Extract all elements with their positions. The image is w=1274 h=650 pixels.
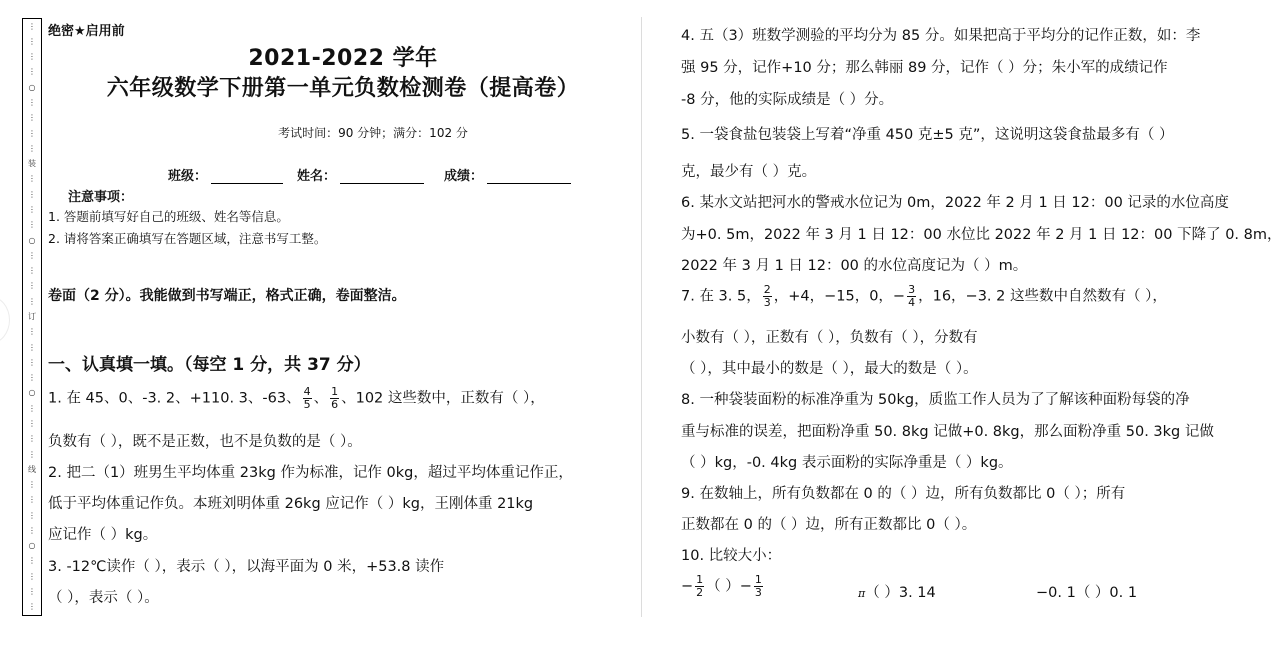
title-year: 2021-2022 学年: [48, 41, 638, 72]
dotted-line-icon: ⋮: [28, 252, 36, 260]
dotted-line-icon: ⋮: [28, 23, 36, 31]
note-item: 2. 请将答案正确填写在答题区域，注意书写工整。: [48, 229, 326, 247]
class-field[interactable]: [211, 168, 283, 184]
question-3-line1: 3. -12℃读作（ ），表示（ ），以海平面为 0 米，+53.8 读作: [48, 555, 444, 576]
dotted-line-icon: ⋮: [28, 481, 36, 489]
question-10-compare-b: π（ ）3. 14: [858, 581, 936, 602]
dotted-line-icon: ⋮: [28, 496, 36, 504]
dotted-line-icon: ⋮: [28, 282, 36, 290]
fraction: 34: [907, 284, 916, 309]
dotted-line-icon: ⋮: [28, 298, 36, 306]
name-field[interactable]: [340, 168, 424, 184]
question-8-line2: 重与标准的误差，把面粉净重 50. 8kg 记做+0. 8kg，那么面粉净重 5…: [681, 420, 1214, 441]
dotted-line-icon: ⋮: [28, 191, 36, 199]
dotted-line-icon: ⋮: [28, 38, 36, 46]
dotted-line-icon: ⋮: [28, 328, 36, 336]
question-4-line1: 4. 五（3）班数学测验的平均分为 85 分。如果把高于平均分的记作正数，如：李: [681, 24, 1200, 45]
question-6-line2: 为+0. 5m，2022 年 3 月 1 日 12：00 水位比 2022 年 …: [681, 223, 1274, 244]
binding-hole-icon: ○: [29, 237, 36, 245]
question-2-line3: 应记作（ ）kg。: [48, 523, 157, 544]
question-5-line1: 5. 一袋食盐包装袋上写着“净重 450 克±5 克”，这说明这袋食盐最多有（ …: [681, 123, 1173, 144]
dotted-line-icon: ⋮: [28, 451, 36, 459]
name-label: 姓名：: [297, 165, 336, 184]
secret-label: 绝密★启用前: [48, 20, 125, 39]
page-divider: [641, 17, 642, 617]
notes-title: 注意事项：: [68, 186, 133, 205]
binding-hole-icon: ○: [29, 389, 36, 397]
binding-char: 装: [28, 160, 36, 168]
dotted-line-icon: ⋮: [28, 435, 36, 443]
question-9-line1: 9. 在数轴上，所有负数都在 0 的（ ）边，所有负数都比 0（ ）；所有: [681, 482, 1125, 503]
dotted-line-icon: ⋮: [28, 99, 36, 107]
dotted-line-icon: ⋮: [28, 405, 36, 413]
neatness-statement: 卷面（2 分）。我能做到书写端正，格式正确，卷面整洁。: [48, 285, 406, 305]
dotted-line-icon: ⋮: [28, 557, 36, 565]
dotted-line-icon: ⋮: [28, 420, 36, 428]
question-5-line2: 克，最少有（ ）克。: [681, 160, 816, 181]
question-4-line2: 强 95 分，记作+10 分；那么韩丽 89 分，记作（ ）分；朱小军的成绩记作: [681, 56, 1168, 77]
question-8-line1: 8. 一种袋装面粉的标准净重为 50kg，质监工作人员为了了解该种面粉每袋的净: [681, 388, 1190, 409]
question-1: 1. 在 45、0、-3. 2、+110. 3、-63、45、16、102 这些…: [48, 386, 545, 411]
dotted-line-icon: ⋮: [28, 68, 36, 76]
question-2-line2: 低于平均体重记作负。本班刘明体重 26kg 应记作（ ）kg，王刚体重 21kg: [48, 492, 533, 513]
dotted-line-icon: ⋮: [28, 588, 36, 596]
dotted-line-icon: ⋮: [28, 130, 36, 138]
dotted-line-icon: ⋮: [28, 573, 36, 581]
student-info-row: 班级： 姓名： 成绩：: [168, 165, 585, 184]
dotted-line-icon: ⋮: [28, 603, 36, 611]
dotted-line-icon: ⋮: [28, 267, 36, 275]
note-item: 1. 答题前填写好自己的班级、姓名等信息。: [48, 207, 289, 225]
page-title: 六年级数学下册第一单元负数检测卷（提高卷）: [48, 71, 638, 102]
question-6-line1: 6. 某水文站把河水的警戒水位记为 0m，2022 年 2 月 1 日 12：0…: [681, 191, 1229, 212]
binding-hole-icon: ○: [29, 84, 36, 92]
fraction: 16: [330, 386, 339, 411]
dotted-line-icon: ⋮: [28, 221, 36, 229]
question-10-title: 10. 比较大小：: [681, 544, 781, 565]
score-field[interactable]: [487, 168, 571, 184]
exam-info: 考试时间：90 分钟；满分：102 分: [48, 124, 698, 141]
question-7: 7. 在 3. 5，23，+4，−15，0，−34，16，−3. 2 这些数中自…: [681, 284, 1167, 309]
question-7-line2: 小数有（ ），正数有（ ），负数有（ ），分数有: [681, 326, 978, 347]
question-7-line3: （ ），其中最小的数是（ ），最大的数是（ ）。: [681, 357, 978, 378]
dotted-line-icon: ⋮: [28, 175, 36, 183]
dotted-line-icon: ⋮: [28, 114, 36, 122]
section-title: 一、认真填一填。（每空 1 分，共 37 分）: [48, 350, 371, 375]
question-9-line2: 正数都在 0 的（ ）边，所有正数都比 0（ ）。: [681, 513, 976, 534]
question-1-line2: 负数有（ ），既不是正数，也不是负数的是（ ）。: [48, 430, 362, 451]
question-10-compare-a: −12（ ）−13: [681, 574, 765, 599]
binding-hole-icon: ○: [29, 542, 36, 550]
decorative-circle: [0, 296, 10, 344]
class-label: 班级：: [168, 165, 207, 184]
question-2-line1: 2. 把二（1）班男生平均体重 23kg 作为标准，记作 0kg，超过平均体重记…: [48, 461, 573, 482]
question-3-line2: （ ），表示（ ）。: [48, 586, 159, 607]
dotted-line-icon: ⋮: [28, 374, 36, 382]
score-label: 成绩：: [444, 165, 483, 184]
dotted-line-icon: ⋮: [28, 53, 36, 61]
fraction: 13: [754, 574, 763, 599]
question-10-compare-c: −0. 1（ ）0. 1: [1036, 581, 1137, 602]
dotted-line-icon: ⋮: [28, 359, 36, 367]
question-6-line3: 2022 年 3 月 1 日 12：00 的水位高度记为（ ）m。: [681, 254, 1027, 275]
dotted-line-icon: ⋮: [28, 206, 36, 214]
fraction: 45: [303, 386, 312, 411]
dotted-line-icon: ⋮: [28, 344, 36, 352]
binding-strip: ⋮⋮⋮⋮○⋮⋮⋮⋮装⋮⋮⋮⋮○⋮⋮⋮⋮订⋮⋮⋮⋮○⋮⋮⋮⋮线⋮⋮⋮⋮○⋮⋮⋮⋮: [22, 18, 42, 616]
question-4-line3: -8 分，他的实际成绩是（ ）分。: [681, 88, 893, 109]
dotted-line-icon: ⋮: [28, 145, 36, 153]
binding-char: 线: [28, 466, 36, 474]
fraction: 12: [695, 574, 704, 599]
question-8-line3: （ ）kg，-0. 4kg 表示面粉的实际净重是（ ）kg。: [681, 451, 1013, 472]
fraction: 23: [763, 284, 772, 309]
binding-char: 订: [28, 313, 36, 321]
dotted-line-icon: ⋮: [28, 527, 36, 535]
dotted-line-icon: ⋮: [28, 512, 36, 520]
